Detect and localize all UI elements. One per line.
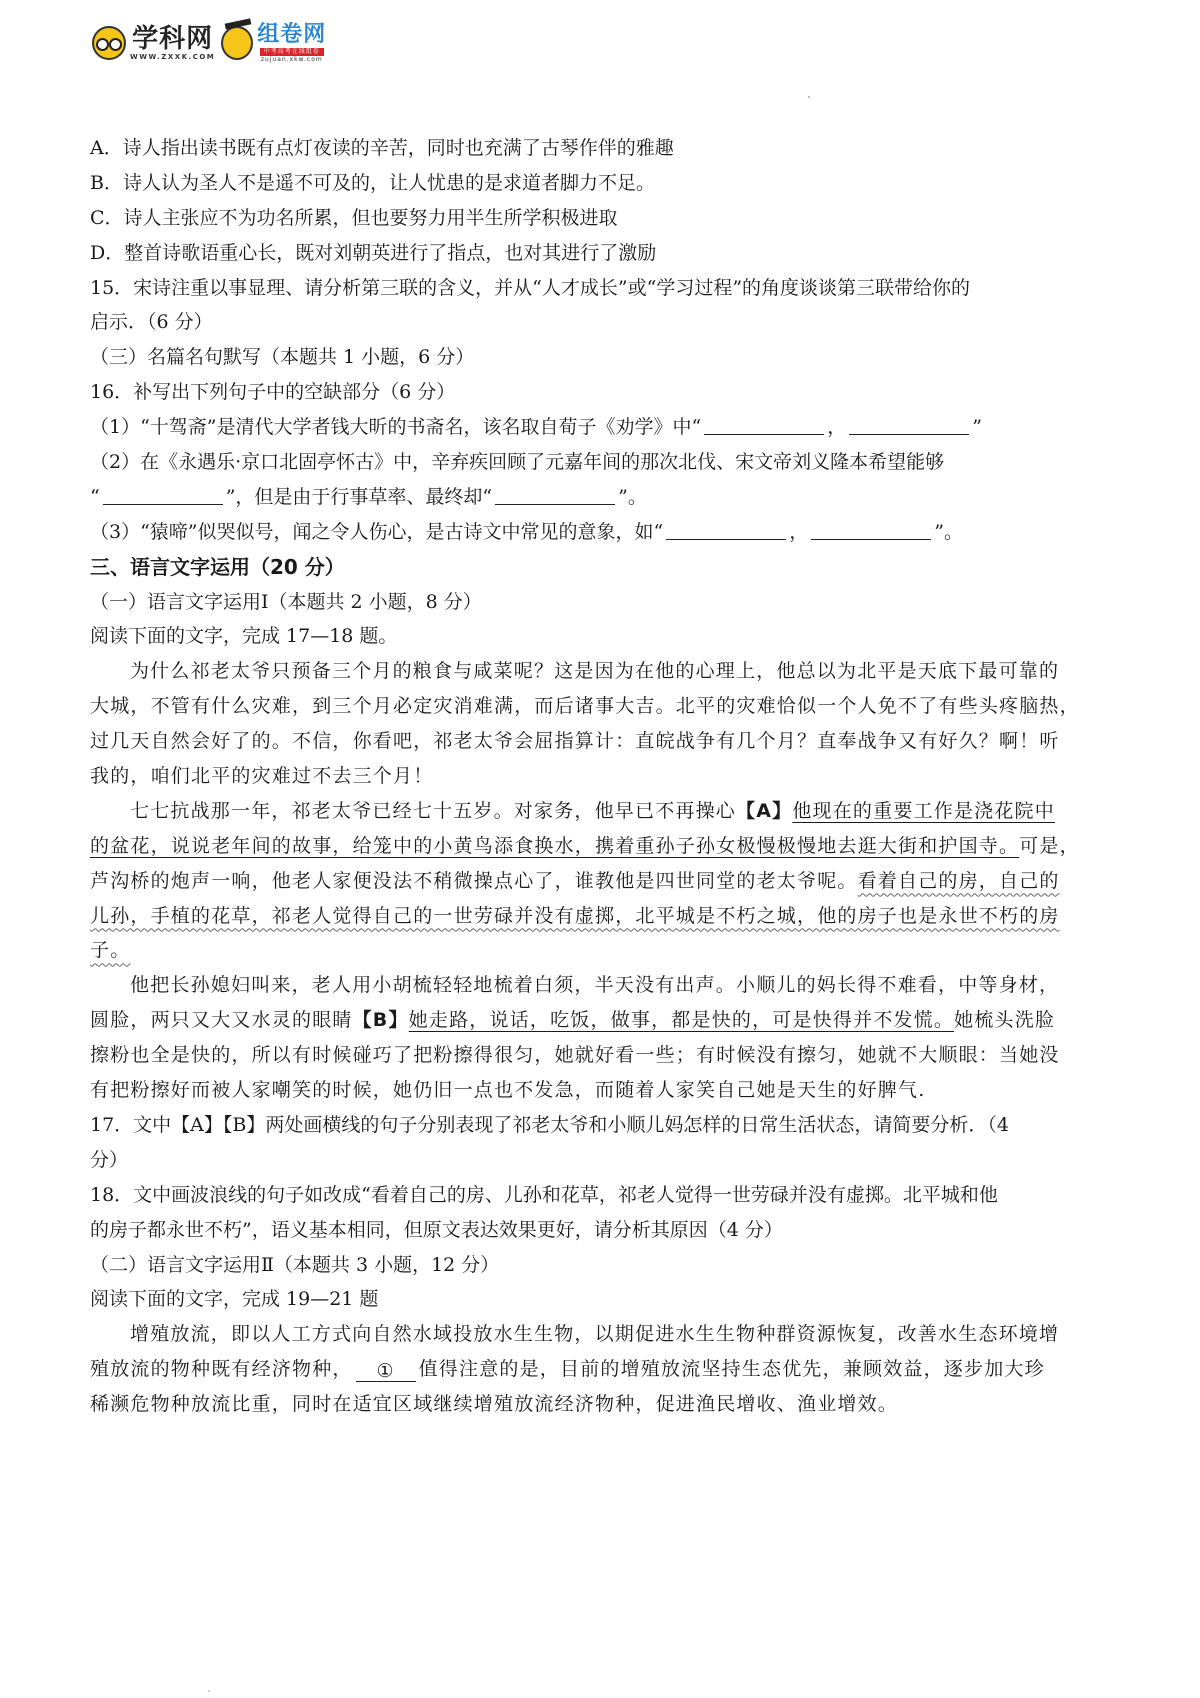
plain-text: 值得注意的是，目前的增殖放流坚持生态优先，兼顾效益，逐步加大珍	[419, 1358, 1045, 1380]
wavy-sentence: 子。	[90, 939, 130, 961]
option-label: D．	[90, 242, 124, 264]
logo-zujuan: 组卷网 中考高考在线组卷 zujuan.xkw.com	[257, 24, 326, 63]
mascot-graduate-icon	[221, 26, 253, 60]
separator: ，	[789, 521, 808, 543]
passage1-p1-line1: 为什么祁老太爷只预备三个月的粮食与咸菜呢？这是因为在他的心理上，他总以为北平是天…	[90, 654, 1110, 689]
wavy-sentence: 看着自己的房，自己的	[858, 870, 1060, 892]
plain-text: 圆脸，两只又大又水灵的眼睛	[90, 1009, 353, 1031]
q14-option-b: B．诗人认为圣人不是遥不可及的，让人忧患的是求道者脚力不足。	[90, 166, 1110, 201]
passage1-p2-line1: 七七抗战那一年，祁老太爷已经七十五岁。对家务，他早已不再操心【A】他现在的重要工…	[90, 794, 1110, 829]
mascot-face-icon	[92, 26, 126, 60]
plain-text: 可是，	[1019, 835, 1080, 857]
fill-blank[interactable]	[811, 519, 931, 540]
fill-blank[interactable]	[704, 414, 824, 435]
underlined-sentence-a: 的盆花，说说老年间的故事，给笼中的小黄鸟添食换水，携着重孙子孙女极慢极慢地去逛大…	[90, 835, 1019, 857]
passage1-p2-line5: 子。	[90, 933, 1110, 968]
mark-a: 【A】	[736, 800, 792, 822]
option-label: A．	[90, 137, 123, 159]
passage1-p1-line2: 大城，不管有什么灾难，到三个月必定灾消难满，而后诸事大吉。北平的灾难恰似一个人免…	[90, 689, 1110, 724]
q15-line1: 15．宋诗注重以事显理、请分析第三联的含义，并从“人才成长”或“学习过程”的角度…	[90, 271, 1110, 306]
logo2-url: zujuan.xkw.com	[261, 57, 323, 63]
wavy-sentence: 儿孙，手植的花草，祁老人觉得自己的一世劳碌并没有虚掷，北平城是不朽之城，他的房子…	[90, 905, 1060, 927]
fill-blank[interactable]	[103, 484, 223, 505]
plain-text: 殖放流的物种既有经济物种，	[90, 1358, 353, 1380]
section-3-3-title: （三）名篇名句默写（本题共 1 小题，6 分）	[90, 340, 1110, 375]
q17-line2: 分）	[90, 1143, 1110, 1178]
q18-line1: 18．文中画波浪线的句子如改成“看着自己的房、儿孙和花草，祁老人觉得一世劳碌并没…	[90, 1178, 1110, 1213]
logo2-text: 组卷网	[257, 24, 326, 46]
q16-item3: （3）“猿啼”似哭似号，闻之令人伤心，是古诗文中常见的意象，如“，”。	[90, 515, 1110, 550]
passage2-line1: 增殖放流，即以人工方式向自然水域投放水生生物，以期促进水生生物种群资源恢复，改善…	[90, 1317, 1110, 1352]
passage1-p1-line3: 过几天自然会好了的。不信，你看吧，祁老太爷会屈指算计：直皖战争有几个月？直奉战争…	[90, 724, 1110, 759]
underlined-sentence-b: 她走路，说话，吃饭，做事，都是快的，可是快得并不发慌。	[409, 1009, 954, 1031]
part3-sub1-instruction: 阅读下面的文字，完成 17—18 题。	[90, 619, 1110, 654]
logo1-url: WWW.ZXXK.COM	[130, 54, 215, 61]
option-text: 诗人认为圣人不是遥不可及的，让人忧患的是求道者脚力不足。	[123, 172, 655, 194]
q14-option-a: A．诗人指出读书既有点灯夜读的辛苦，同时也充满了古琴作伴的雅趣	[90, 131, 1110, 166]
logo2-bar: 中考高考在线组卷	[260, 48, 324, 56]
option-label: B．	[90, 172, 123, 194]
passage1-p3-line3: 擦粉也全是快的，所以有时候碰巧了把粉擦得很匀，她就好看一些；有时候没有擦匀，她就…	[90, 1038, 1110, 1073]
q16-item2-line2: “”，但是由于行事草率、最终却“”。	[90, 480, 1110, 515]
mark-b: 【B】	[353, 1009, 409, 1031]
quote-close: ”。	[934, 521, 963, 543]
q15-line2: 启示．（6 分）	[90, 305, 1110, 340]
passage1-p3-line2: 圆脸，两只又大又水灵的眼睛【B】她走路，说话，吃饭，做事，都是快的，可是快得并不…	[90, 1003, 1110, 1038]
document-body: A．诗人指出读书既有点灯夜读的辛苦，同时也充满了古琴作伴的雅趣 B．诗人认为圣人…	[90, 131, 1110, 1422]
part3-sub2-title: （二）语言文字运用Ⅱ（本题共 3 小题，12 分）	[90, 1248, 1110, 1283]
q16-item1-prefix: （1）“十驾斋”是清代大学者钱大昕的书斋名，该名取自荀子《劝学》中“	[90, 416, 701, 438]
passage2-line2: 殖放流的物种既有经济物种，①值得注意的是，目前的增殖放流坚持生态优先，兼顾效益，…	[90, 1352, 1110, 1387]
plain-text: 七七抗战那一年，祁老太爷已经七十五岁。对家务，他早已不再操心	[130, 800, 736, 822]
q14-option-c: C．诗人主张应不为功名所累，但也要努力用半生所学积极进取	[90, 201, 1110, 236]
passage1-p1-line4: 我的，咱们北平的灾难过不去三个月！	[90, 759, 1110, 794]
quote-open: “	[90, 486, 100, 508]
scan-dot	[808, 96, 810, 98]
logo1-text: 学科网	[132, 26, 213, 52]
scan-dot	[208, 1690, 210, 1692]
q16-item1: （1）“十驾斋”是清代大学者钱大昕的书斋名，该名取自荀子《劝学》中“，”	[90, 410, 1110, 445]
fill-blank[interactable]	[495, 484, 615, 505]
fill-blank[interactable]	[666, 519, 786, 540]
underlined-sentence-a: 他现在的重要工作是浇花院中	[792, 800, 1055, 822]
quote-close: ”。	[618, 486, 647, 508]
site-logo: 学科网 WWW.ZXXK.COM 组卷网 中考高考在线组卷 zujuan.xkw…	[92, 18, 326, 68]
plain-text: 她梳头洗脸	[954, 1009, 1055, 1031]
part3-sub2-instruction: 阅读下面的文字，完成 19—21 题	[90, 1282, 1110, 1317]
option-text: 诗人主张应不为功名所累，但也要努力用半生所学积极进取	[124, 207, 618, 229]
part3-title: 三、语言文字运用（20 分）	[90, 550, 1110, 585]
separator: ，	[827, 416, 846, 438]
option-label: C．	[90, 207, 124, 229]
option-text: 整首诗歌语重心长，既对刘朝英进行了指点，也对其进行了激励	[124, 242, 656, 264]
q17-line1: 17．文中【A】【B】两处画横线的句子分别表现了祁老太爷和小顺儿妈怎样的日常生活…	[90, 1108, 1110, 1143]
passage1-p3-line1: 他把长孙媳妇叫来，老人用小胡梳轻轻地梳着白须，半天没有出声。小顺儿的妈长得不难看…	[90, 968, 1110, 1003]
option-text: 诗人指出读书既有点灯夜读的辛苦，同时也充满了古琴作伴的雅趣	[123, 137, 674, 159]
q14-option-d: D．整首诗歌语重心长，既对刘朝英进行了指点，也对其进行了激励	[90, 236, 1110, 271]
q16-item2-mid: ”，但是由于行事草率、最终却“	[226, 486, 492, 508]
passage1-p2-line4: 儿孙，手植的花草，祁老人觉得自己的一世劳碌并没有虚掷，北平城是不朽之城，他的房子…	[90, 899, 1110, 934]
passage1-p2-line3: 芦沟桥的炮声一响，他老人家便没法不稍微操点心了，谁教他是四世同堂的老太爷呢。看着…	[90, 864, 1110, 899]
fill-blank[interactable]	[849, 414, 969, 435]
passage1-p2-line2: 的盆花，说说老年间的故事，给笼中的小黄鸟添食换水，携着重孙子孙女极慢极慢地去逛大…	[90, 829, 1110, 864]
plain-text: 芦沟桥的炮声一响，他老人家便没法不稍微操点心了，谁教他是四世同堂的老太爷呢。	[90, 870, 858, 892]
logo-zxxk: 学科网 WWW.ZXXK.COM	[130, 26, 215, 61]
q16-title: 16．补写出下列句子中的空缺部分（6 分）	[90, 375, 1110, 410]
fill-blank-1[interactable]: ①	[356, 1361, 416, 1382]
passage2-line3: 稀濒危物种放流比重，同时在适宜区域继续增殖放流经济物种，促进渔民增收、渔业增效。	[90, 1387, 1110, 1422]
part3-sub1-title: （一）语言文字运用Ⅰ（本题共 2 小题，8 分）	[90, 585, 1110, 620]
q16-item2-line1: （2）在《永遇乐·京口北固亭怀古》中，辛弃疾回顾了元嘉年间的那次北伐、宋文帝刘义…	[90, 445, 1110, 480]
quote-close: ”	[972, 416, 982, 438]
q16-item3-prefix: （3）“猿啼”似哭似号，闻之令人伤心，是古诗文中常见的意象，如“	[90, 521, 663, 543]
passage1-p3-line4: 有把粉擦好而被人家嘲笑的时候，她仍旧一点也不发急，而随着人家笑自己她是天生的好脾…	[90, 1073, 1110, 1108]
q18-line2: 的房子都永世不朽”，语义基本相同，但原文表达效果更好，请分析其原因（4 分）	[90, 1213, 1110, 1248]
